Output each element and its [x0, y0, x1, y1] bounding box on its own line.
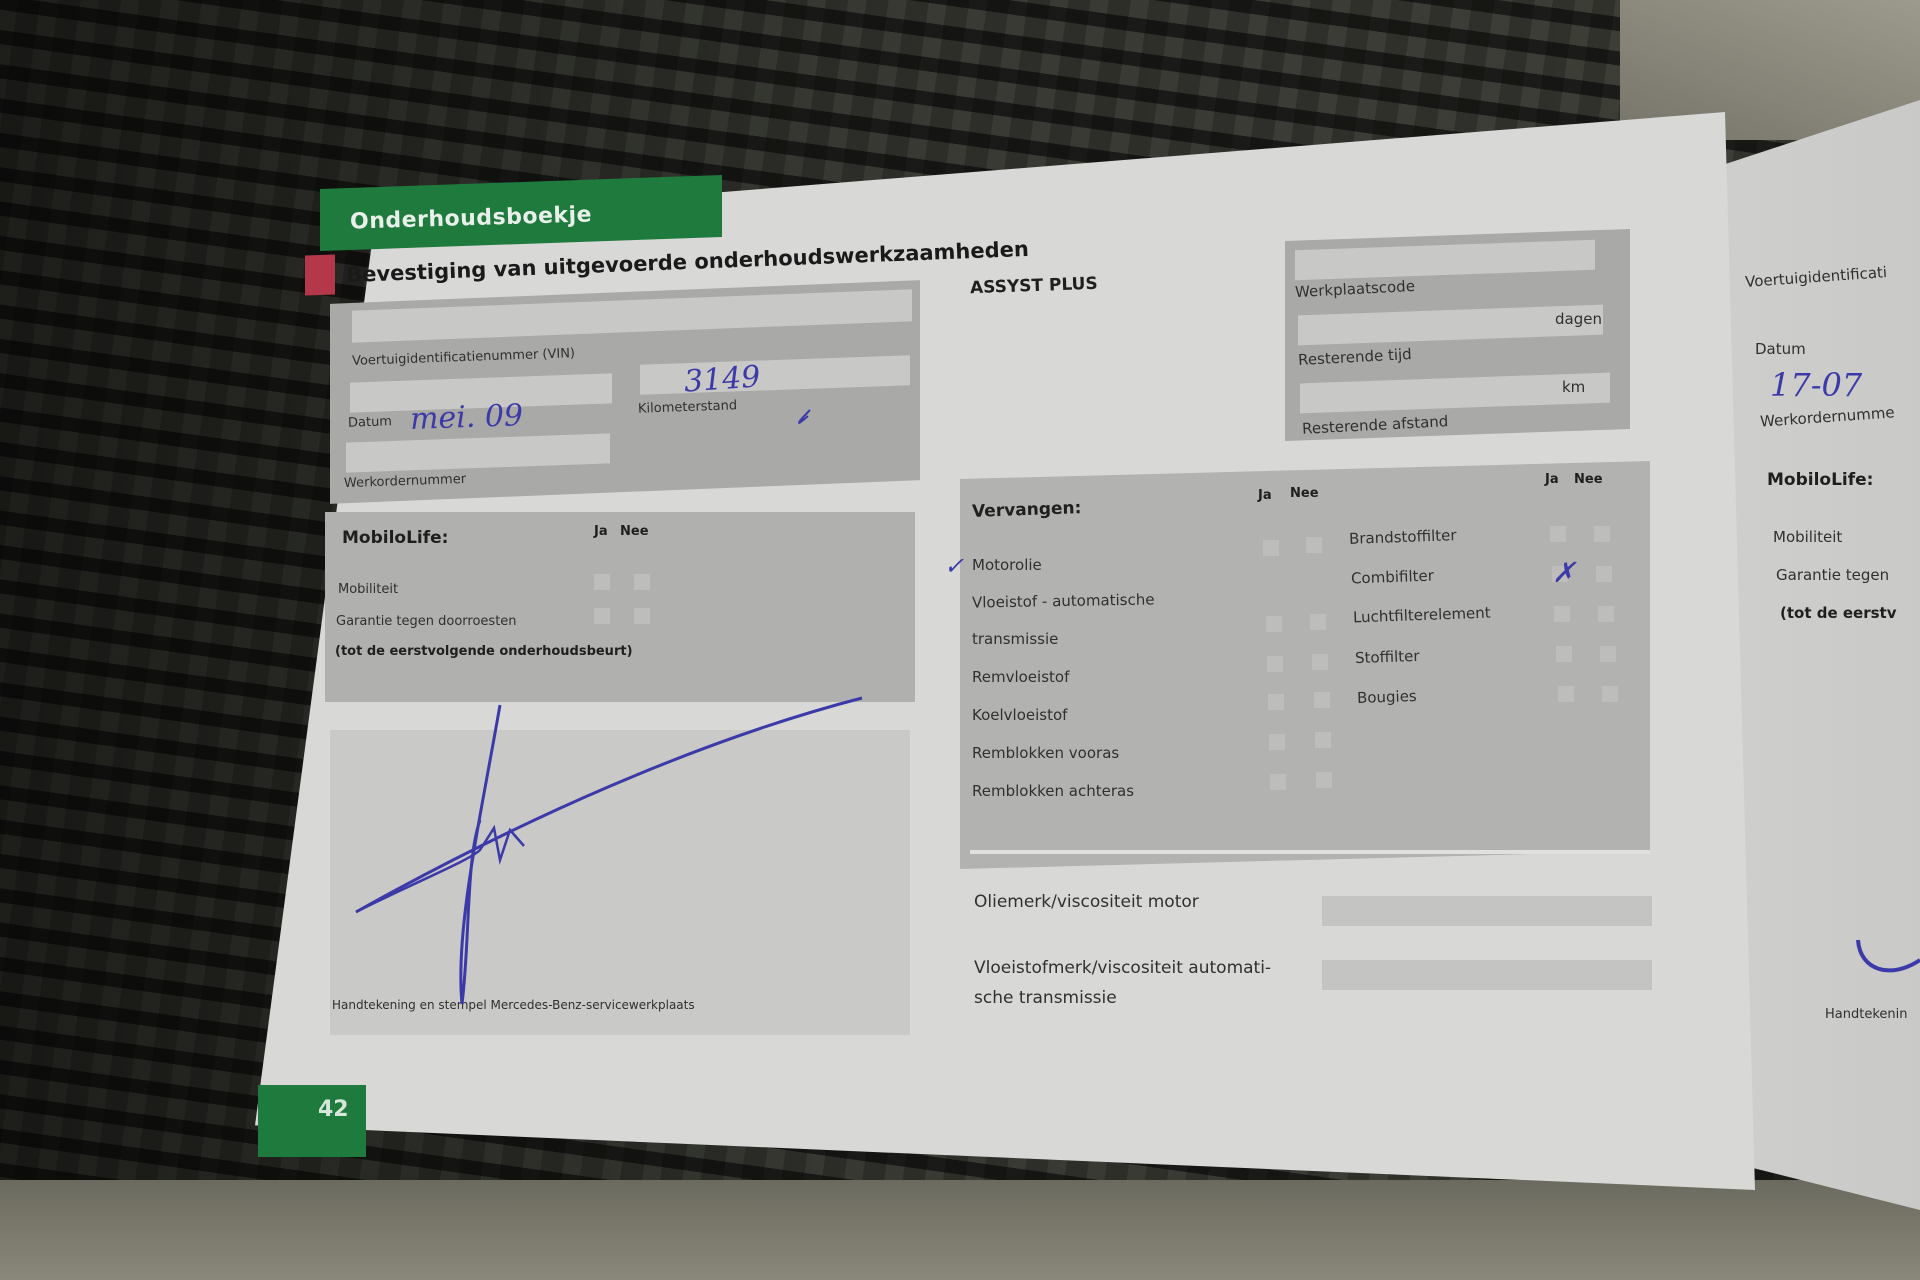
handwritten-signature [0, 0, 1920, 1280]
page-content: Onderhoudsboekje Bevestiging van uitgevo… [0, 0, 1920, 1280]
